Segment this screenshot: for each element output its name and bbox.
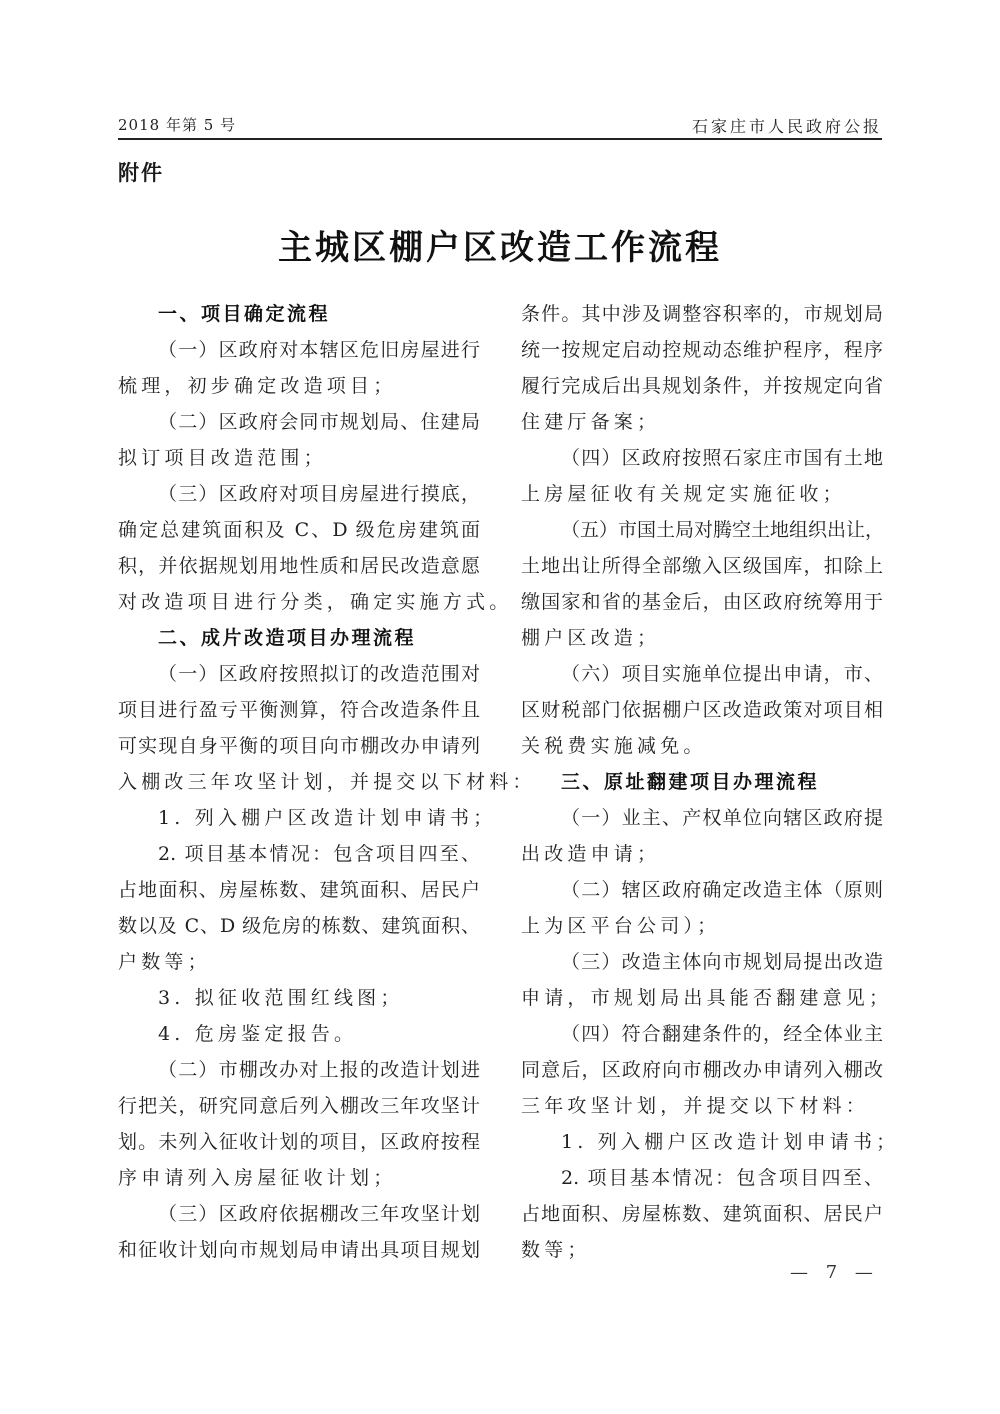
paragraph-line: 和征收计划向市规划局申请出具项目规划	[118, 1232, 480, 1268]
paragraph-line: 对改造项目进行分类，确定实施方式。	[118, 584, 480, 620]
paragraph-line: （三）区政府对项目房屋进行摸底，	[118, 476, 480, 512]
paragraph-line: 项目进行盈亏平衡测算，符合改造条件且	[118, 692, 480, 728]
paragraph-line: 占地面积、房屋栋数、建筑面积、居民户	[521, 1196, 883, 1232]
paragraph-line: （二）辖区政府确定改造主体（原则	[521, 872, 883, 908]
paragraph-line: （三）改造主体向市规划局提出改造	[521, 944, 883, 980]
paragraph-line: 可实现自身平衡的项目向市棚改办申请列	[118, 728, 480, 764]
paragraph-line: 三年攻坚计划，并提交以下材料：	[521, 1088, 883, 1124]
paragraph-line: 数以及 C、D 级危房的栋数、建筑面积、	[118, 908, 480, 944]
paragraph-line: （四）符合翻建条件的，经全体业主	[521, 1016, 883, 1052]
paragraph-line: 行把关，研究同意后列入棚改三年攻坚计	[118, 1088, 480, 1124]
paragraph-line: 户数等；	[118, 944, 480, 980]
paragraph-line: 棚户区改造；	[521, 620, 883, 656]
paragraph-line: 统一按规定启动控规动态维护程序，程序	[521, 332, 883, 368]
publication-name: 石家庄市人民政府公报	[692, 114, 882, 137]
paragraph-line: 2. 项目基本情况：包含项目四至、	[118, 836, 480, 872]
header-divider	[118, 138, 882, 140]
paragraph-line: 缴国家和省的基金后，由区政府统筹用于	[521, 584, 883, 620]
paragraph-line: 申请，市规划局出具能否翻建意见；	[521, 980, 883, 1016]
paragraph-line: （一）业主、产权单位向辖区政府提	[521, 800, 883, 836]
page-number: — 7 —	[790, 1262, 879, 1283]
paragraph-line: 入棚改三年攻坚计划，并提交以下材料：	[118, 764, 480, 800]
list-item-line: 1. 列入棚户区改造计划申请书；	[521, 1124, 883, 1160]
left-column: 一、项目确定流程（一）区政府对本辖区危旧房屋进行梳理，初步确定改造项目；（二）区…	[118, 296, 480, 1268]
paragraph-line: （六）项目实施单位提出申请，市、	[521, 656, 883, 692]
paragraph-line: 土地出让所得全部缴入区级国库，扣除上	[521, 548, 883, 584]
paragraph-line: （一）区政府按照拟订的改造范围对	[118, 656, 480, 692]
paragraph-line: 住建厅备案；	[521, 404, 883, 440]
paragraph-line: 积，并依据规划用地性质和居民改造意愿	[118, 548, 480, 584]
right-column: 条件。其中涉及调整容积率的，市规划局统一按规定启动控规动态维护程序，程序履行完成…	[521, 296, 883, 1268]
issue-number: 2018 年第 5 号	[118, 114, 236, 135]
section-heading: 三、原址翻建项目办理流程	[521, 764, 883, 800]
paragraph-line: 梳理，初步确定改造项目；	[118, 368, 480, 404]
paragraph-line: （五）市国土局对腾空土地组织出让，	[521, 512, 883, 548]
paragraph-line: 履行完成后出具规划条件，并按规定向省	[521, 368, 883, 404]
paragraph-line: 拟订项目改造范围；	[118, 440, 480, 476]
document-title: 主城区棚户区改造工作流程	[0, 220, 1000, 269]
paragraph-line: 出改造申请；	[521, 836, 883, 872]
paragraph-line: 同意后，区政府向市棚改办申请列入棚改	[521, 1052, 883, 1088]
annex-label: 附件	[118, 157, 164, 187]
paragraph-line: 上房屋征收有关规定实施征收；	[521, 476, 883, 512]
paragraph-line: （二）区政府会同市规划局、住建局	[118, 404, 480, 440]
paragraph-line: （二）市棚改办对上报的改造计划进	[118, 1052, 480, 1088]
paragraph-line: 序申请列入房屋征收计划；	[118, 1160, 480, 1196]
list-item-line: 3. 拟征收范围红线图；	[118, 980, 480, 1016]
paragraph-line: 上为区平台公司）；	[521, 908, 883, 944]
paragraph-line: （三）区政府依据棚改三年攻坚计划	[118, 1196, 480, 1232]
paragraph-line: 区财税部门依据棚户区改造政策对项目相	[521, 692, 883, 728]
paragraph-line: 条件。其中涉及调整容积率的，市规划局	[521, 296, 883, 332]
paragraph-line: 关税费实施减免。	[521, 728, 883, 764]
section-heading: 二、成片改造项目办理流程	[118, 620, 480, 656]
paragraph-line: 2. 项目基本情况：包含项目四至、	[521, 1160, 883, 1196]
list-item-line: 4. 危房鉴定报告。	[118, 1016, 480, 1052]
paragraph-line: （四）区政府按照石家庄市国有土地	[521, 440, 883, 476]
list-item-line: 1. 列入棚户区改造计划申请书；	[118, 800, 480, 836]
paragraph-line: 确定总建筑面积及 C、D 级危房建筑面	[118, 512, 480, 548]
paragraph-line: （一）区政府对本辖区危旧房屋进行	[118, 332, 480, 368]
paragraph-line: 占地面积、房屋栋数、建筑面积、居民户	[118, 872, 480, 908]
paragraph-line: 划。未列入征收计划的项目，区政府按程	[118, 1124, 480, 1160]
section-heading: 一、项目确定流程	[118, 296, 480, 332]
